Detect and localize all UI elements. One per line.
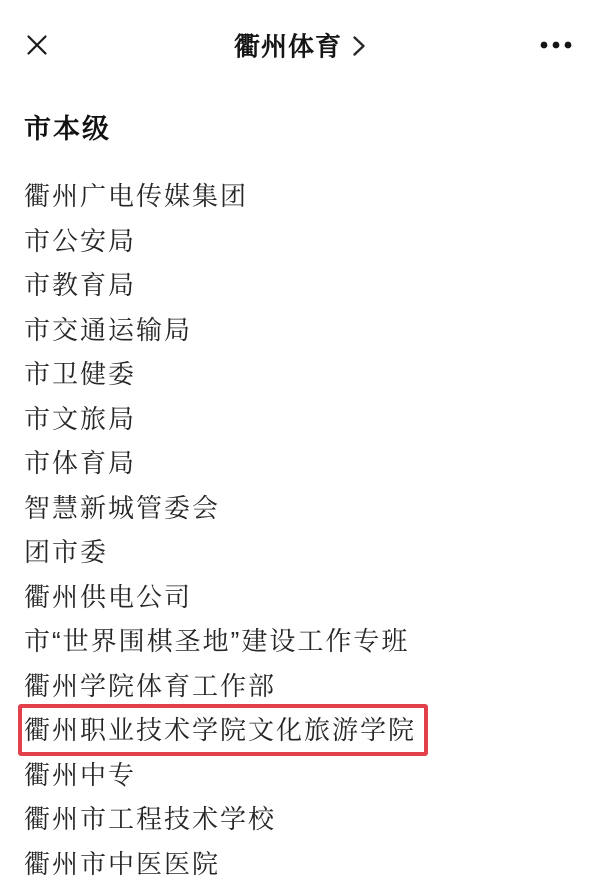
close-button[interactable] <box>26 29 48 61</box>
list-item-label: 衢州中专 <box>24 762 136 788</box>
list-item-label: 衢州市工程技术学校 <box>24 806 276 832</box>
list-item[interactable]: 市教育局 <box>24 263 575 308</box>
list-item[interactable]: 市交通运输局 <box>24 308 575 353</box>
list-item-label: 市教育局 <box>24 272 136 298</box>
list-item-label: 市卫健委 <box>24 361 136 387</box>
highlighted-list-item[interactable]: 衢州职业技术学院文化旅游学院 <box>24 708 575 753</box>
list-item[interactable]: 市体育局 <box>24 441 575 486</box>
list-item-label: 市“世界围棋圣地”建设工作专班 <box>24 628 409 654</box>
list-item-label: 智慧新城管委会 <box>24 495 220 521</box>
list-item[interactable]: 市文旅局 <box>24 397 575 442</box>
article-body: 市本级 衢州广电传媒集团 市公安局 市教育局 市交通运输局 市卫健委 市文旅局 … <box>0 90 599 886</box>
article-page: 衢州体育 市本级 衢州广电传媒集团 市公安局 市教育局 市交通运输局 <box>0 0 599 893</box>
list-item[interactable]: 市卫健委 <box>24 352 575 397</box>
list-item[interactable]: 团市委 <box>24 530 575 575</box>
list-item[interactable]: 衢州中专 <box>24 753 575 798</box>
section-title: 市本级 <box>24 90 575 144</box>
header: 衢州体育 <box>0 0 599 90</box>
list-item-label: 市交通运输局 <box>24 317 192 343</box>
close-icon <box>26 34 48 56</box>
header-title[interactable]: 衢州体育 <box>234 27 365 64</box>
list-item[interactable]: 衢州广电传媒集团 <box>24 174 575 219</box>
more-button[interactable] <box>539 29 573 61</box>
list-item-label: 衢州市中医医院 <box>24 851 220 877</box>
highlighted-item-label: 衢州职业技术学院文化旅游学院 <box>18 704 428 756</box>
list-item-label: 市文旅局 <box>24 406 136 432</box>
list-item-label: 市公安局 <box>24 228 136 254</box>
list-item[interactable]: 衢州供电公司 <box>24 575 575 620</box>
list-item-label: 团市委 <box>24 539 108 565</box>
list-item[interactable]: 市公安局 <box>24 219 575 264</box>
list-item[interactable]: 智慧新城管委会 <box>24 486 575 531</box>
list-item-label: 衢州学院体育工作部 <box>24 673 276 699</box>
list-item[interactable]: 衢州学院体育工作部 <box>24 664 575 709</box>
list-item[interactable]: 衢州市工程技术学校 <box>24 797 575 842</box>
list-item[interactable]: 市“世界围棋圣地”建设工作专班 <box>24 619 575 664</box>
page-title: 衢州体育 <box>234 27 342 64</box>
list-item-label: 市体育局 <box>24 450 136 476</box>
list-item-label: 衢州广电传媒集团 <box>24 183 248 209</box>
chevron-right-icon <box>352 34 365 57</box>
more-dots-icon <box>539 40 573 50</box>
list-item-label: 衢州供电公司 <box>24 584 192 610</box>
list-item[interactable]: 衢州市中医医院 <box>24 842 575 887</box>
org-list: 衢州广电传媒集团 市公安局 市教育局 市交通运输局 市卫健委 市文旅局 市体育局… <box>24 174 575 886</box>
